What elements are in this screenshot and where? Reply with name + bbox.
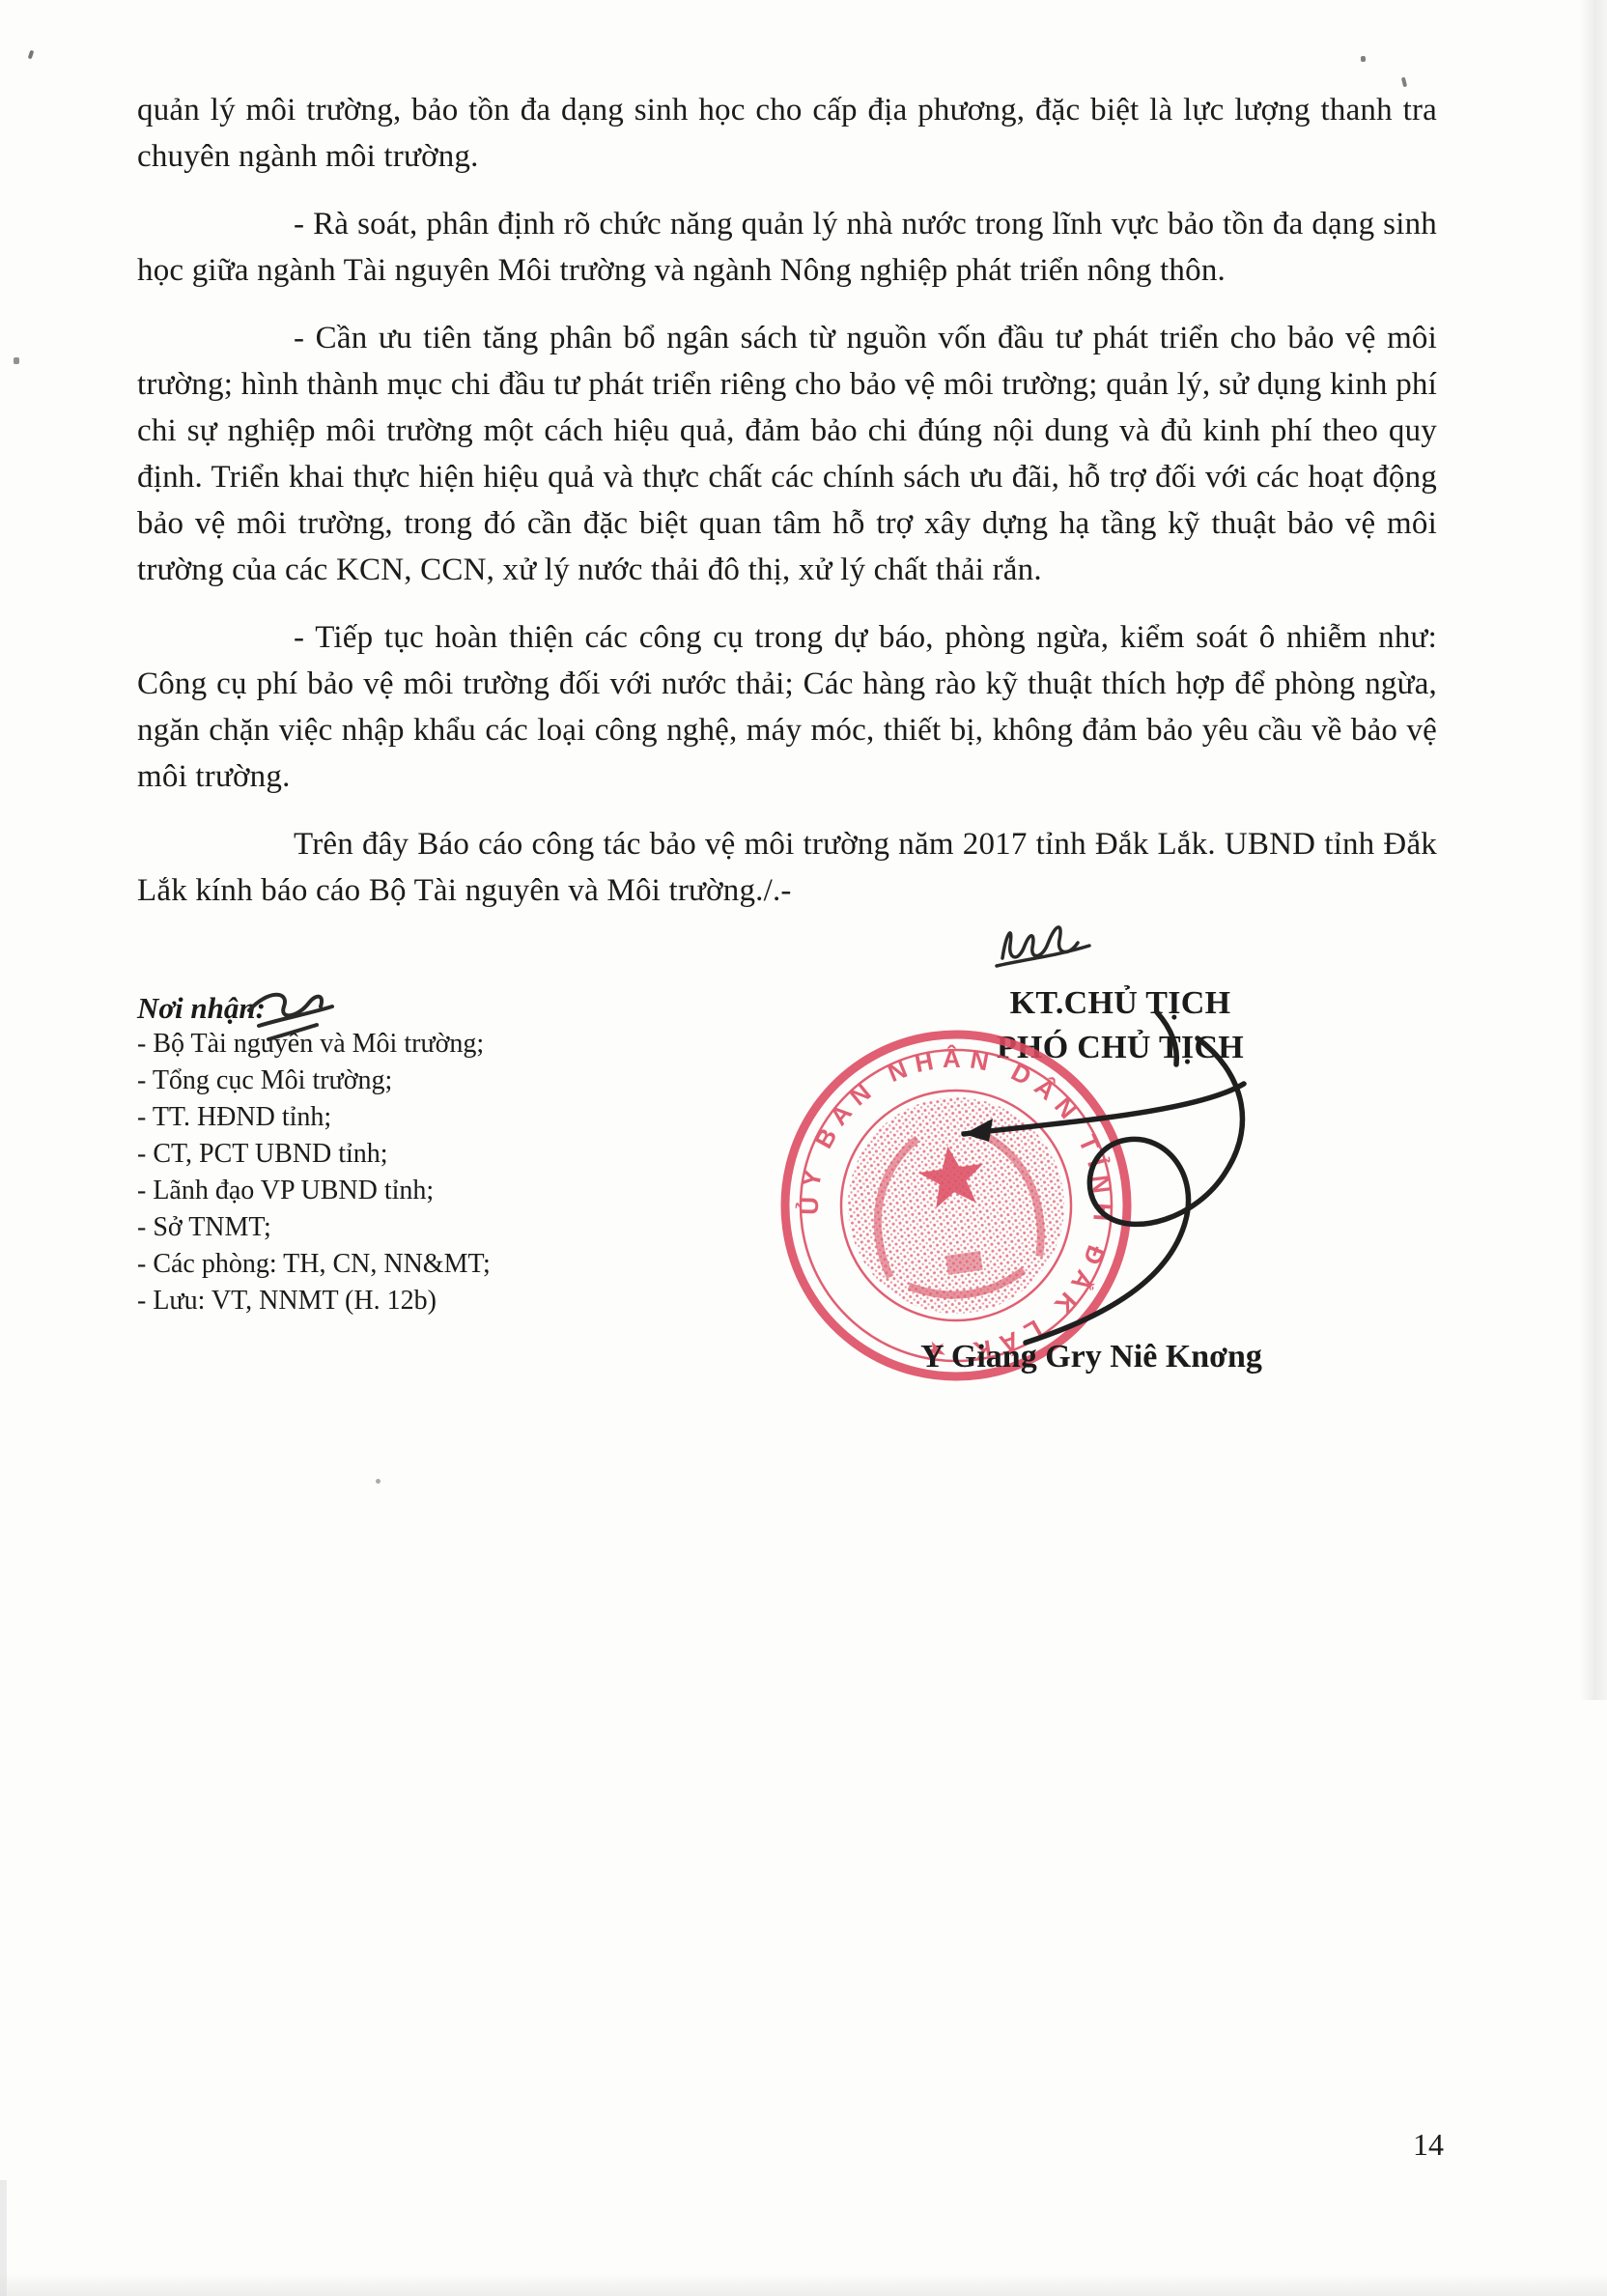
recipient-item: - Các phòng: TH, CN, NN&MT; bbox=[137, 1246, 601, 1283]
scan-speck bbox=[14, 357, 19, 364]
paragraph: quản lý môi trường, bảo tồn đa dạng sinh… bbox=[137, 87, 1437, 180]
page-number: 14 bbox=[1395, 2127, 1462, 2163]
handwritten-initial bbox=[995, 914, 1101, 974]
recipient-item: - Bộ Tài nguyên và Môi trường; bbox=[137, 1026, 601, 1063]
recipients-label: Nơi nhận: bbox=[137, 991, 601, 1026]
paragraph: - Tiếp tục hoàn thiện các công cụ trong … bbox=[137, 614, 1437, 800]
recipient-item: - Sở TNMT; bbox=[137, 1209, 601, 1246]
recipients-block: Nơi nhận: - Bộ Tài nguyên và Môi trường;… bbox=[137, 991, 601, 1319]
scan-edge-shadow-bottom bbox=[0, 2273, 1607, 2296]
scan-speck bbox=[376, 1479, 381, 1484]
recipient-item: - CT, PCT UBND tỉnh; bbox=[137, 1136, 601, 1173]
scanned-document-page: quản lý môi trường, bảo tồn đa dạng sinh… bbox=[0, 0, 1607, 2296]
signature-flick bbox=[964, 1119, 993, 1142]
recipient-item: - TT. HĐND tỉnh; bbox=[137, 1099, 601, 1136]
scan-speck bbox=[28, 50, 35, 60]
scan-edge-line-left bbox=[0, 2180, 7, 2296]
paragraph: - Rà soát, phân định rõ chức năng quản l… bbox=[137, 201, 1437, 294]
recipient-item: - Tổng cục Môi trường; bbox=[137, 1063, 601, 1099]
signature-ink bbox=[908, 995, 1275, 1362]
scan-edge-shadow-right bbox=[1580, 0, 1607, 1700]
recipient-item: - Lãnh đạo VP UBND tỉnh; bbox=[137, 1173, 601, 1209]
paragraph: Trên đây Báo cáo công tác bảo vệ môi trư… bbox=[137, 821, 1437, 914]
scan-speck bbox=[1361, 56, 1366, 62]
paragraph: - Cần ưu tiên tăng phân bổ ngân sách từ … bbox=[137, 315, 1437, 593]
signer-name: Y Giang Gry Niê Knơng bbox=[831, 1339, 1352, 1375]
handwritten-mark bbox=[238, 979, 350, 1049]
recipient-item: - Lưu: VT, NNMT (H. 12b) bbox=[137, 1283, 601, 1319]
scan-speck bbox=[1401, 77, 1407, 88]
document-body: quản lý môi trường, bảo tồn đa dạng sinh… bbox=[137, 87, 1437, 935]
